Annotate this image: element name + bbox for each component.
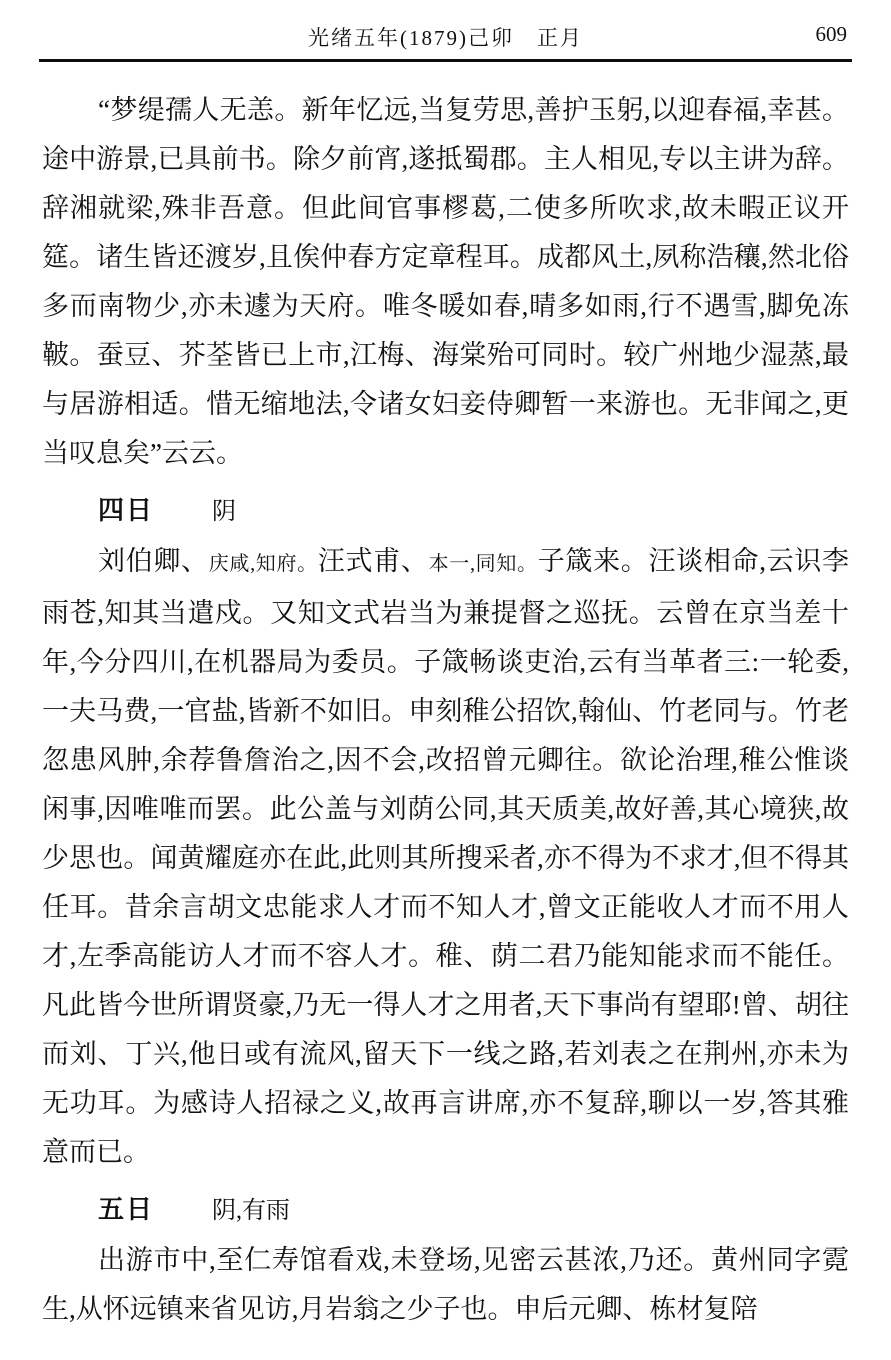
entry-weather-label: 阴,有雨 [212,1198,290,1224]
entry-text-run: 子箴来。汪谈相命,云识李雨苍,知其当遣戍。又知文式岩当为兼提督之巡抚。云曾在京当… [42,546,849,1167]
entry-paragraph-day4: 刘伯卿、庆咸,知府。汪式甫、本一,同知。子箴来。汪谈相命,云识李雨苍,知其当遣戍… [42,537,849,1177]
book-page: 光绪五年(1879)己卯 正月 609 “梦缇孺人无恙。新年忆远,当复劳思,善护… [0,0,891,1360]
entry-day-label: 四日 [98,496,154,525]
header-divider-rule [39,59,852,62]
diary-entry-day4: 四日阴 刘伯卿、庆咸,知府。汪式甫、本一,同知。子箴来。汪谈相命,云识李雨苍,知… [42,486,849,1177]
interlinear-annotation: 本一,同知。 [429,553,538,575]
interlinear-annotation: 庆咸,知府。 [209,553,318,575]
entry-text-run: 刘伯卿、 [98,546,209,576]
entry-heading-day5: 五日阴,有雨 [42,1185,849,1236]
entry-heading-day4: 四日阴 [42,486,849,537]
entry-paragraph-day5: 出游市中,至仁寿馆看戏,未登场,见密云甚浓,乃还。黄州同字霓生,从怀远镇来省见访… [42,1236,849,1334]
page-number: 609 [816,22,848,47]
page-content: “梦缇孺人无恙。新年忆远,当复劳思,善护玉躬,以迎春福,幸甚。途中游景,已具前书… [42,86,849,1334]
running-title: 光绪五年(1879)己卯 正月 [42,22,849,52]
diary-entry-day5: 五日阴,有雨 出游市中,至仁寿馆看戏,未登场,见密云甚浓,乃还。黄州同字霓生,从… [42,1185,849,1334]
entry-day-label: 五日 [98,1195,154,1224]
entry-weather-label: 阴 [212,499,236,525]
page-header: 光绪五年(1879)己卯 正月 609 [42,22,849,48]
entry-text-run: 汪式甫、 [318,546,429,576]
letter-paragraph: “梦缇孺人无恙。新年忆远,当复劳思,善护玉躬,以迎春福,幸甚。途中游景,已具前书… [42,86,849,478]
